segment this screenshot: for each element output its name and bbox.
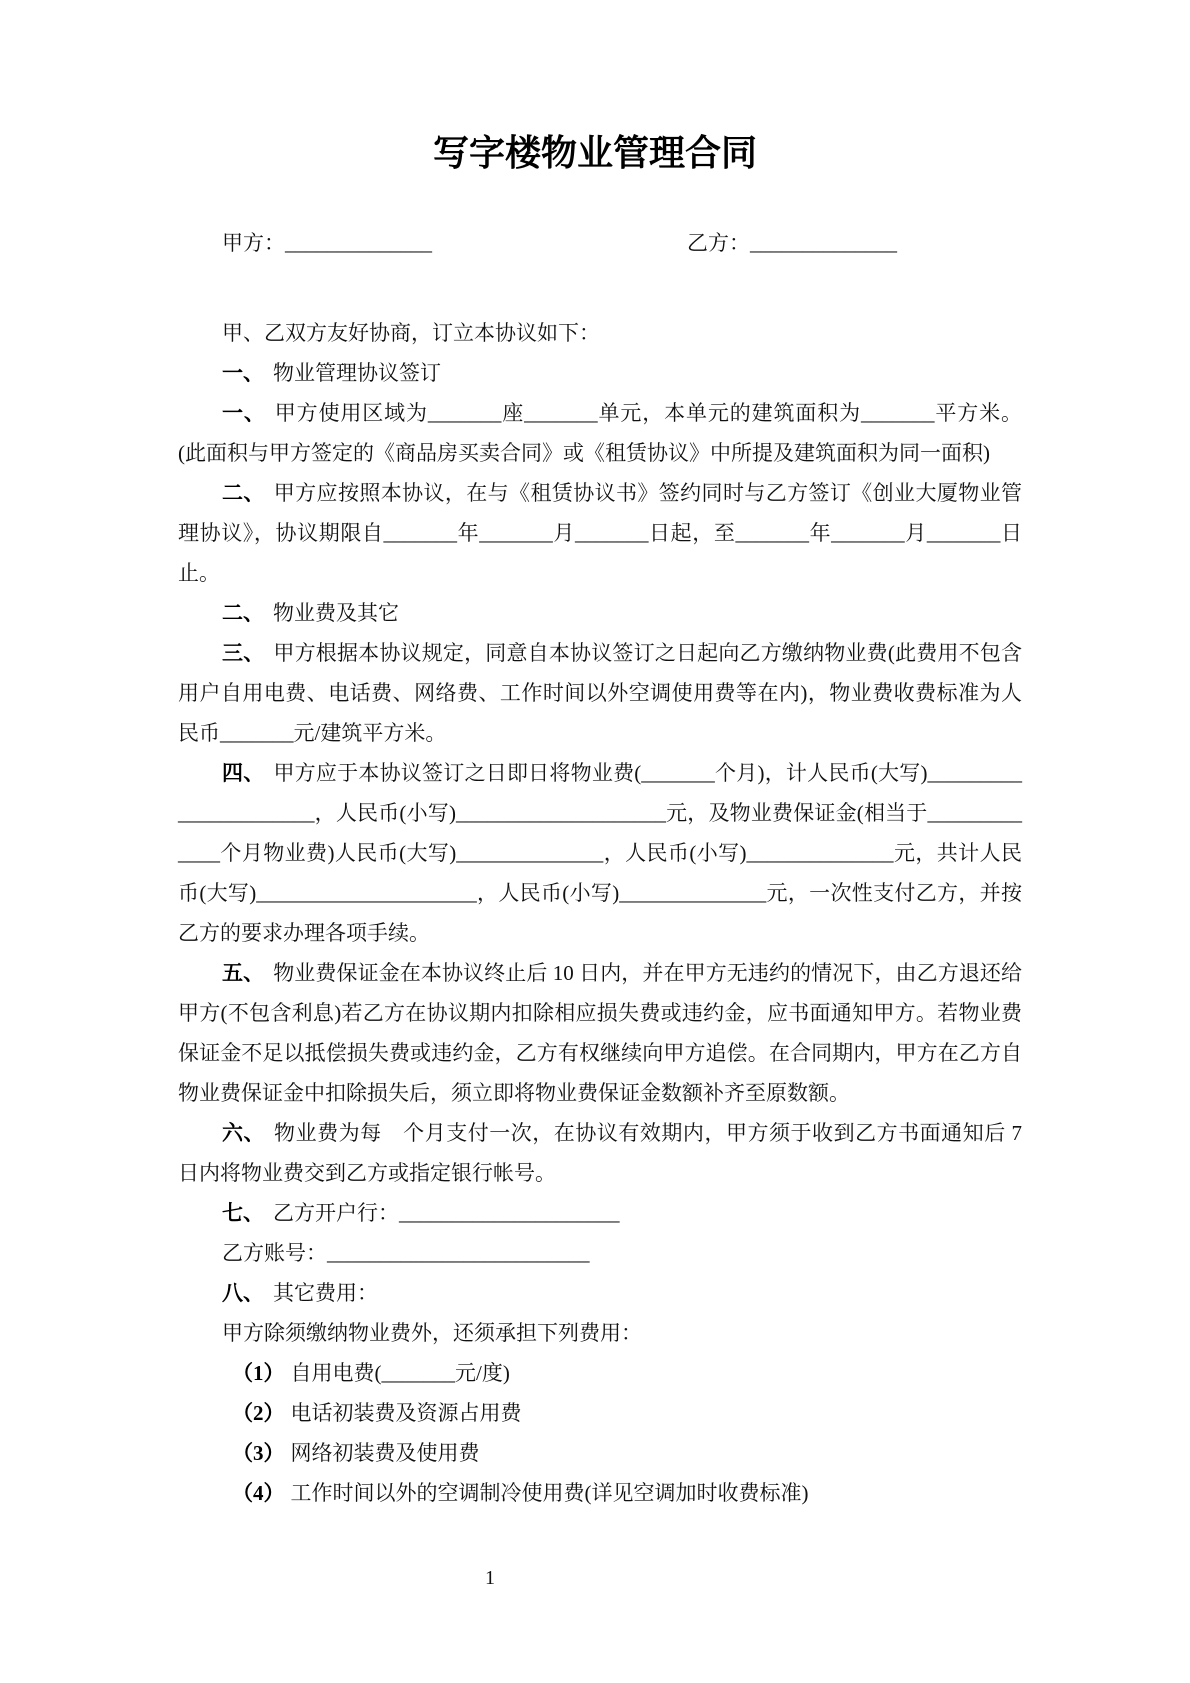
clause-text: 甲方应按照本协议，在与《租赁协议书》签约同时与乙方签订《创业大厦物业管理协议》，…	[178, 481, 1022, 585]
paragraph-section-2: 二、物业费及其它	[178, 593, 1022, 633]
item-text: 自用电费(_______元/度)	[291, 1361, 510, 1385]
clause-marker: 四、	[222, 761, 264, 785]
clause-marker: 八、	[222, 1281, 264, 1305]
fee-item-telephone: （2）电话初装费及资源占用费	[178, 1393, 1022, 1433]
clause-text: 物业费及其它	[273, 601, 399, 625]
clause-marker: 五、	[222, 961, 264, 985]
paragraph-clause-2: 二、甲方应按照本协议，在与《租赁协议书》签约同时与乙方签订《创业大厦物业管理协议…	[178, 473, 1022, 593]
party-b-line: 乙方：______________	[687, 223, 897, 263]
clause-text: 甲方应于本协议签订之日即日将物业费(_______个月)，计人民币(大写)___…	[178, 761, 1022, 945]
clause-marker: 三、	[222, 641, 264, 665]
paragraph-clause-8-other-fees: 八、其它费用：	[178, 1273, 1022, 1313]
paragraph-account-number: 乙方账号：_________________________	[178, 1233, 1022, 1273]
clause-marker: 二、	[222, 601, 264, 625]
paragraph-clause-4: 四、甲方应于本协议签订之日即日将物业费(_______个月)，计人民币(大写)_…	[178, 753, 1022, 953]
item-text: 工作时间以外的空调制冷使用费(详见空调加时收费标准)	[291, 1481, 809, 1505]
clause-marker: 七、	[222, 1201, 264, 1225]
clause-text: 甲方除须缴纳物业费外，还须承担下列费用：	[222, 1321, 642, 1345]
clause-text: 其它费用：	[273, 1281, 378, 1305]
clause-text: 乙方账号：_________________________	[222, 1241, 590, 1265]
item-marker: （3）	[232, 1441, 285, 1465]
paragraph-section-1: 一、物业管理协议签订	[178, 353, 1022, 393]
item-marker: （2）	[232, 1401, 285, 1425]
contract-body: 甲、乙双方友好协商，订立本协议如下： 一、物业管理协议签订 一、甲方使用区域为_…	[178, 313, 1022, 1513]
clause-text: 甲、乙双方友好协商，订立本协议如下：	[222, 321, 600, 345]
paragraph-clause-3: 三、甲方根据本协议规定，同意自本协议签订之日起向乙方缴纳物业费(此费用不包含用户…	[178, 633, 1022, 753]
fee-item-aircon: （4）工作时间以外的空调制冷使用费(详见空调加时收费标准)	[178, 1473, 1022, 1513]
clause-marker: 一、	[222, 361, 264, 385]
fee-item-network: （3）网络初装费及使用费	[178, 1433, 1022, 1473]
paragraph-clause-5: 五、物业费保证金在本协议终止后 10 日内，并在甲方无违约的情况下，由乙方退还给…	[178, 953, 1022, 1113]
party-a-line: 甲方：______________	[222, 231, 432, 255]
clause-text: 物业费为每 个月支付一次，在协议有效期内，甲方须于收到乙方书面通知后 7 日内将…	[178, 1121, 1022, 1185]
clause-text: 物业管理协议签订	[273, 361, 441, 385]
clause-text: 物业费保证金在本协议终止后 10 日内，并在甲方无违约的情况下，由乙方退还给甲方…	[178, 961, 1022, 1105]
clause-text: 甲方使用区域为_______座_______单元，本单元的建筑面积为______…	[178, 401, 1022, 465]
clause-text: 甲方根据本协议规定，同意自本协议签订之日起向乙方缴纳物业费(此费用不包含用户自用…	[178, 641, 1022, 745]
clause-text: 乙方开户行：_____________________	[273, 1201, 620, 1225]
page-number: 1	[478, 1558, 502, 1598]
item-text: 电话初装费及资源占用费	[291, 1401, 522, 1425]
paragraph-clause-6: 六、物业费为每 个月支付一次，在协议有效期内，甲方须于收到乙方书面通知后 7 日…	[178, 1113, 1022, 1193]
document-title: 写字楼物业管理合同	[0, 130, 1190, 178]
clause-marker: 六、	[222, 1121, 265, 1145]
item-marker: （4）	[232, 1481, 285, 1505]
contract-page: 写字楼物业管理合同 甲方：______________ 乙方：_________…	[0, 0, 1190, 1683]
clause-marker: 一、	[222, 401, 266, 425]
item-marker: （1）	[232, 1361, 285, 1385]
clause-marker: 二、	[222, 481, 265, 505]
paragraph-preamble: 甲、乙双方友好协商，订立本协议如下：	[178, 313, 1022, 353]
parties-row: 甲方：______________ 乙方：______________	[178, 223, 1022, 263]
paragraph-clause-1: 一、甲方使用区域为_______座_______单元，本单元的建筑面积为____…	[178, 393, 1022, 473]
paragraph-clause-7-bank: 七、乙方开户行：_____________________	[178, 1193, 1022, 1233]
paragraph-fees-intro: 甲方除须缴纳物业费外，还须承担下列费用：	[178, 1313, 1022, 1353]
item-text: 网络初装费及使用费	[291, 1441, 480, 1465]
fee-item-electricity: （1）自用电费(_______元/度)	[178, 1353, 1022, 1393]
